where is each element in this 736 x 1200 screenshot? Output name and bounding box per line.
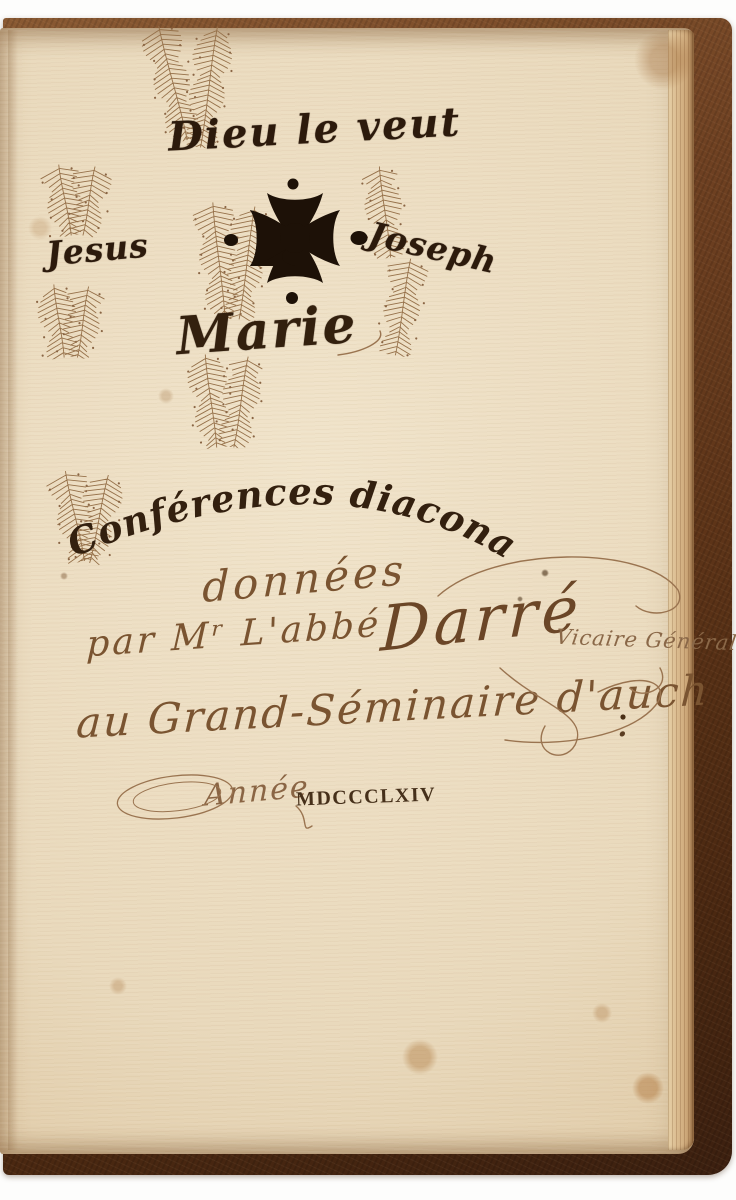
svg-text:Conférences diaconales: Conférences diaconales xyxy=(52,428,525,568)
line-end-period: . xyxy=(616,700,629,746)
book-title-page-photo: Dieu le veut Jesus Joseph Marie Conféren… xyxy=(0,0,736,1200)
cross-dot-top xyxy=(288,179,299,190)
cross-dot-left xyxy=(224,234,238,246)
page-fore-edges xyxy=(668,30,694,1150)
cross-dot-bottom xyxy=(286,292,298,304)
cross-dot-right xyxy=(351,231,368,245)
year-roman-numerals: MDCCCLXIV xyxy=(296,784,437,812)
cross-pattee-icon xyxy=(222,176,368,306)
cross-arms xyxy=(250,193,340,283)
page-left-crease xyxy=(8,30,18,1150)
title-text: Conférences diaconales xyxy=(52,428,525,568)
